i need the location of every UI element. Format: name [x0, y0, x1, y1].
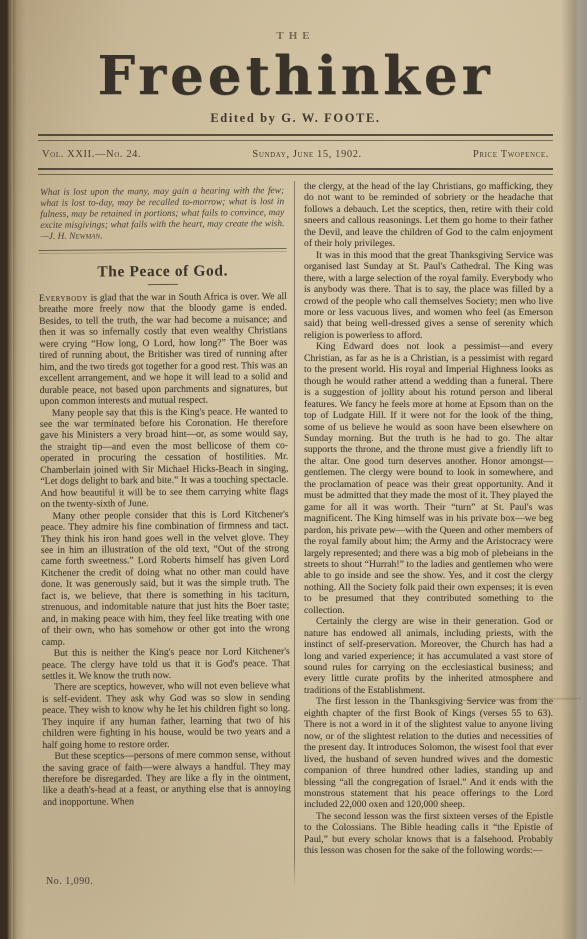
issue-info-line: Vol. XXII.—No. 24. Sunday, June 15, 1902… [42, 149, 549, 160]
article-paragraph: But these sceptics—persons of mere commo… [42, 749, 290, 808]
right-column: the clergy, at the head of the lay Chris… [295, 181, 553, 887]
masthead-editor-line: Edited by G. W. FOOTE. [38, 111, 553, 126]
left-column: What is lost upon the many, may gain a h… [38, 181, 292, 887]
article-paragraph: Many other people consider that this is … [41, 509, 290, 648]
article-paragraph-lede: Everybody is glad that the war in South … [39, 291, 288, 407]
article-paragraph: King Edward does not look a pessimist—an… [304, 341, 553, 616]
article-paragraph: The first lesson in the Thanksgiving Ser… [304, 696, 553, 811]
epigraph-attribution: —J. H. Newman. [40, 231, 102, 241]
article-title: The Peace of God. [39, 262, 287, 282]
epigraph: What is lost upon the many, may gain a h… [40, 186, 284, 243]
article-paragraph: The second lesson was the first sixteen … [304, 811, 553, 857]
masthead-the: THE [38, 30, 553, 42]
article-columns: What is lost upon the many, may gain a h… [38, 181, 553, 887]
page-scan: THE Freethinker Edited by G. W. FOOTE. V… [0, 0, 587, 939]
lede-rest: is glad that the war in South Africa is … [39, 291, 288, 407]
newspaper-page: THE Freethinker Edited by G. W. FOOTE. V… [0, 0, 587, 939]
epigraph-rule [39, 248, 287, 254]
article-paragraph: But this is neither the King's peace nor… [42, 646, 290, 682]
volume-number: Vol. XXII.—No. 24. [42, 149, 141, 160]
double-rule-top [38, 134, 553, 141]
article-paragraph: Certainly the clergy are wise in their g… [304, 616, 553, 696]
double-rule-bottom [38, 168, 553, 175]
issue-number-footer: No. 1,090. [46, 876, 93, 887]
article-paragraph: It was in this mood that the great Thank… [304, 250, 553, 342]
issue-price: Price Twopence. [473, 149, 549, 160]
lede-smallcaps: Everybody [39, 293, 88, 304]
epigraph-text: What is lost upon the many, may gain a h… [40, 186, 284, 231]
masthead-title: Freethinker [38, 46, 553, 106]
issue-date: Sunday, June 15, 1902. [252, 149, 361, 160]
article-paragraph: There are sceptics, however, who will no… [42, 680, 291, 751]
title-ornament-rule [148, 284, 178, 285]
article-paragraph: Many people say that this is the King's … [40, 406, 289, 511]
article-paragraph-continued: the clergy, at the head of the lay Chris… [304, 181, 553, 250]
